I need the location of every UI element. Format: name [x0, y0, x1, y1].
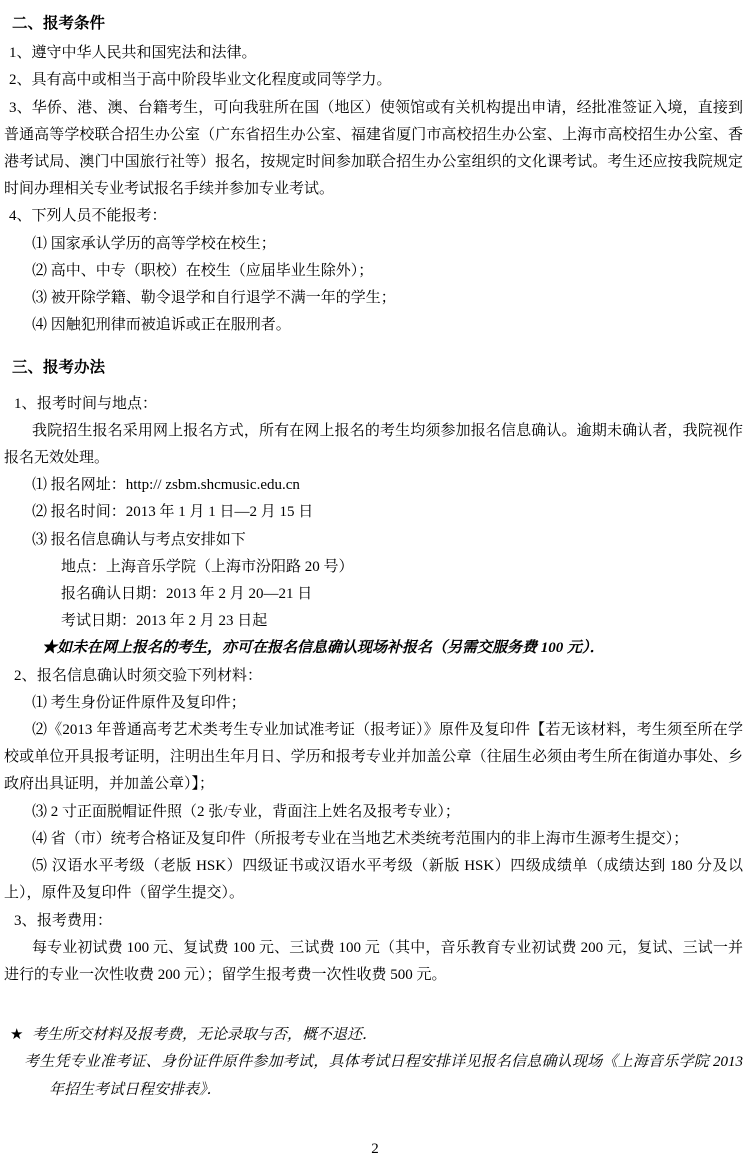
- section-heading-conditions: 二、报考条件: [4, 10, 743, 37]
- confirm-date-line: 报名确认日期：2013 年 2 月 20—21 日: [4, 581, 743, 608]
- method-item-1-sub-1: ⑴ 报名网址：http:// zsbm.shcmusic.edu.cn: [4, 472, 743, 499]
- method-item-2-sub-4: ⑷ 省（市）统考合格证及复印件（所报考专业在当地艺术类统考范围内的非上海市生源考…: [4, 826, 743, 853]
- document-page: 二、报考条件 1、遵守中华人民共和国宪法和法律。 2、具有高中或相当于高中阶段毕…: [0, 0, 750, 1170]
- method-item-1-sub-2: ⑵ 报名时间：2013 年 1 月 1 日—2 月 15 日: [4, 499, 743, 526]
- method-item-2-label: 2、报名信息确认时须交验下列材料：: [4, 663, 743, 690]
- method-item-3-label: 3、报考费用：: [4, 908, 743, 935]
- page-number: 2: [0, 1141, 750, 1158]
- method-item-3-title: 报考费用：: [37, 913, 112, 929]
- method-item-2-sub-2: ⑵《2013 年普通高考艺术类考生专业加试准考证（报考证）》原件及复印件【若无该…: [4, 717, 743, 799]
- method-item-2-title: 报名信息确认时须交验下列材料：: [37, 668, 262, 684]
- onsite-registration-note: ★如未在网上报名的考生，亦可在报名信息确认现场补报名（另需交服务费 100 元）…: [4, 635, 743, 662]
- condition-item-4-sub-2: ⑵ 高中、中专（职校）在校生（应届毕业生除外）；: [4, 258, 743, 285]
- method-item-1-number: 1、: [9, 391, 37, 418]
- method-item-1-label: 1、报考时间与地点：: [4, 391, 743, 418]
- condition-item-4-sub-4: ⑷ 因触犯刑律而被追诉或正在服刑者。: [4, 312, 743, 339]
- method-item-1-title: 报考时间与地点：: [37, 396, 157, 412]
- method-item-1-sub-3: ⑶ 报名信息确认与考点安排如下: [4, 527, 743, 554]
- method-item-3-paragraph: 每专业初试费 100 元、复试费 100 元、三试费 100 元（其中，音乐教育…: [4, 935, 743, 989]
- method-item-3-number: 3、: [9, 908, 37, 935]
- condition-item-4-sub-3: ⑶ 被开除学籍、勒令退学和自行退学不满一年的学生；: [4, 285, 743, 312]
- section-heading-methods: 三、报考办法: [4, 354, 743, 381]
- document-body: 二、报考条件 1、遵守中华人民共和国宪法和法律。 2、具有高中或相当于高中阶段毕…: [0, 0, 750, 1104]
- condition-item-4: 4、下列人员不能报考：: [4, 203, 743, 230]
- no-refund-note-text: 考生所交材料及报考费，无论录取与否，概不退还．: [32, 1027, 377, 1043]
- exam-schedule-note: 考生凭专业准考证、身份证件原件参加考试，具体考试日程安排详见报名信息确认现场《上…: [4, 1049, 743, 1103]
- method-item-2-sub-1: ⑴ 考生身份证件原件及复印件；: [4, 690, 743, 717]
- method-item-2-number: 2、: [9, 663, 37, 690]
- footer-notes: ★考生所交材料及报考费，无论录取与否，概不退还． 考生凭专业准考证、身份证件原件…: [4, 1022, 743, 1104]
- condition-item-2: 2、具有高中或相当于高中阶段毕业文化程度或同等学力。: [4, 67, 743, 94]
- star-icon: ★: [10, 1022, 32, 1049]
- exam-date-line: 考试日期：2013 年 2 月 23 日起: [4, 608, 743, 635]
- condition-item-4-sub-1: ⑴ 国家承认学历的高等学校在校生；: [4, 231, 743, 258]
- condition-item-3: 3、华侨、港、澳、台籍考生，可向我驻所在国（地区）使领馆或有关机构提出申请，经批…: [4, 95, 743, 204]
- method-item-2-sub-5: ⑸ 汉语水平考级（老版 HSK）四级证书或汉语水平考级（新版 HSK）四级成绩单…: [4, 853, 743, 907]
- condition-item-1: 1、遵守中华人民共和国宪法和法律。: [4, 40, 743, 67]
- method-item-2-sub-3: ⑶ 2 寸正面脱帽证件照（2 张/专业，背面注上姓名及报考专业）；: [4, 799, 743, 826]
- method-item-1-paragraph: 我院招生报名采用网上报名方式，所有在网上报名的考生均须参加报名信息确认。逾期未确…: [4, 418, 743, 472]
- no-refund-note: ★考生所交材料及报考费，无论录取与否，概不退还．: [4, 1022, 743, 1049]
- confirm-location-line: 地点：上海音乐学院（上海市汾阳路 20 号）: [4, 554, 743, 581]
